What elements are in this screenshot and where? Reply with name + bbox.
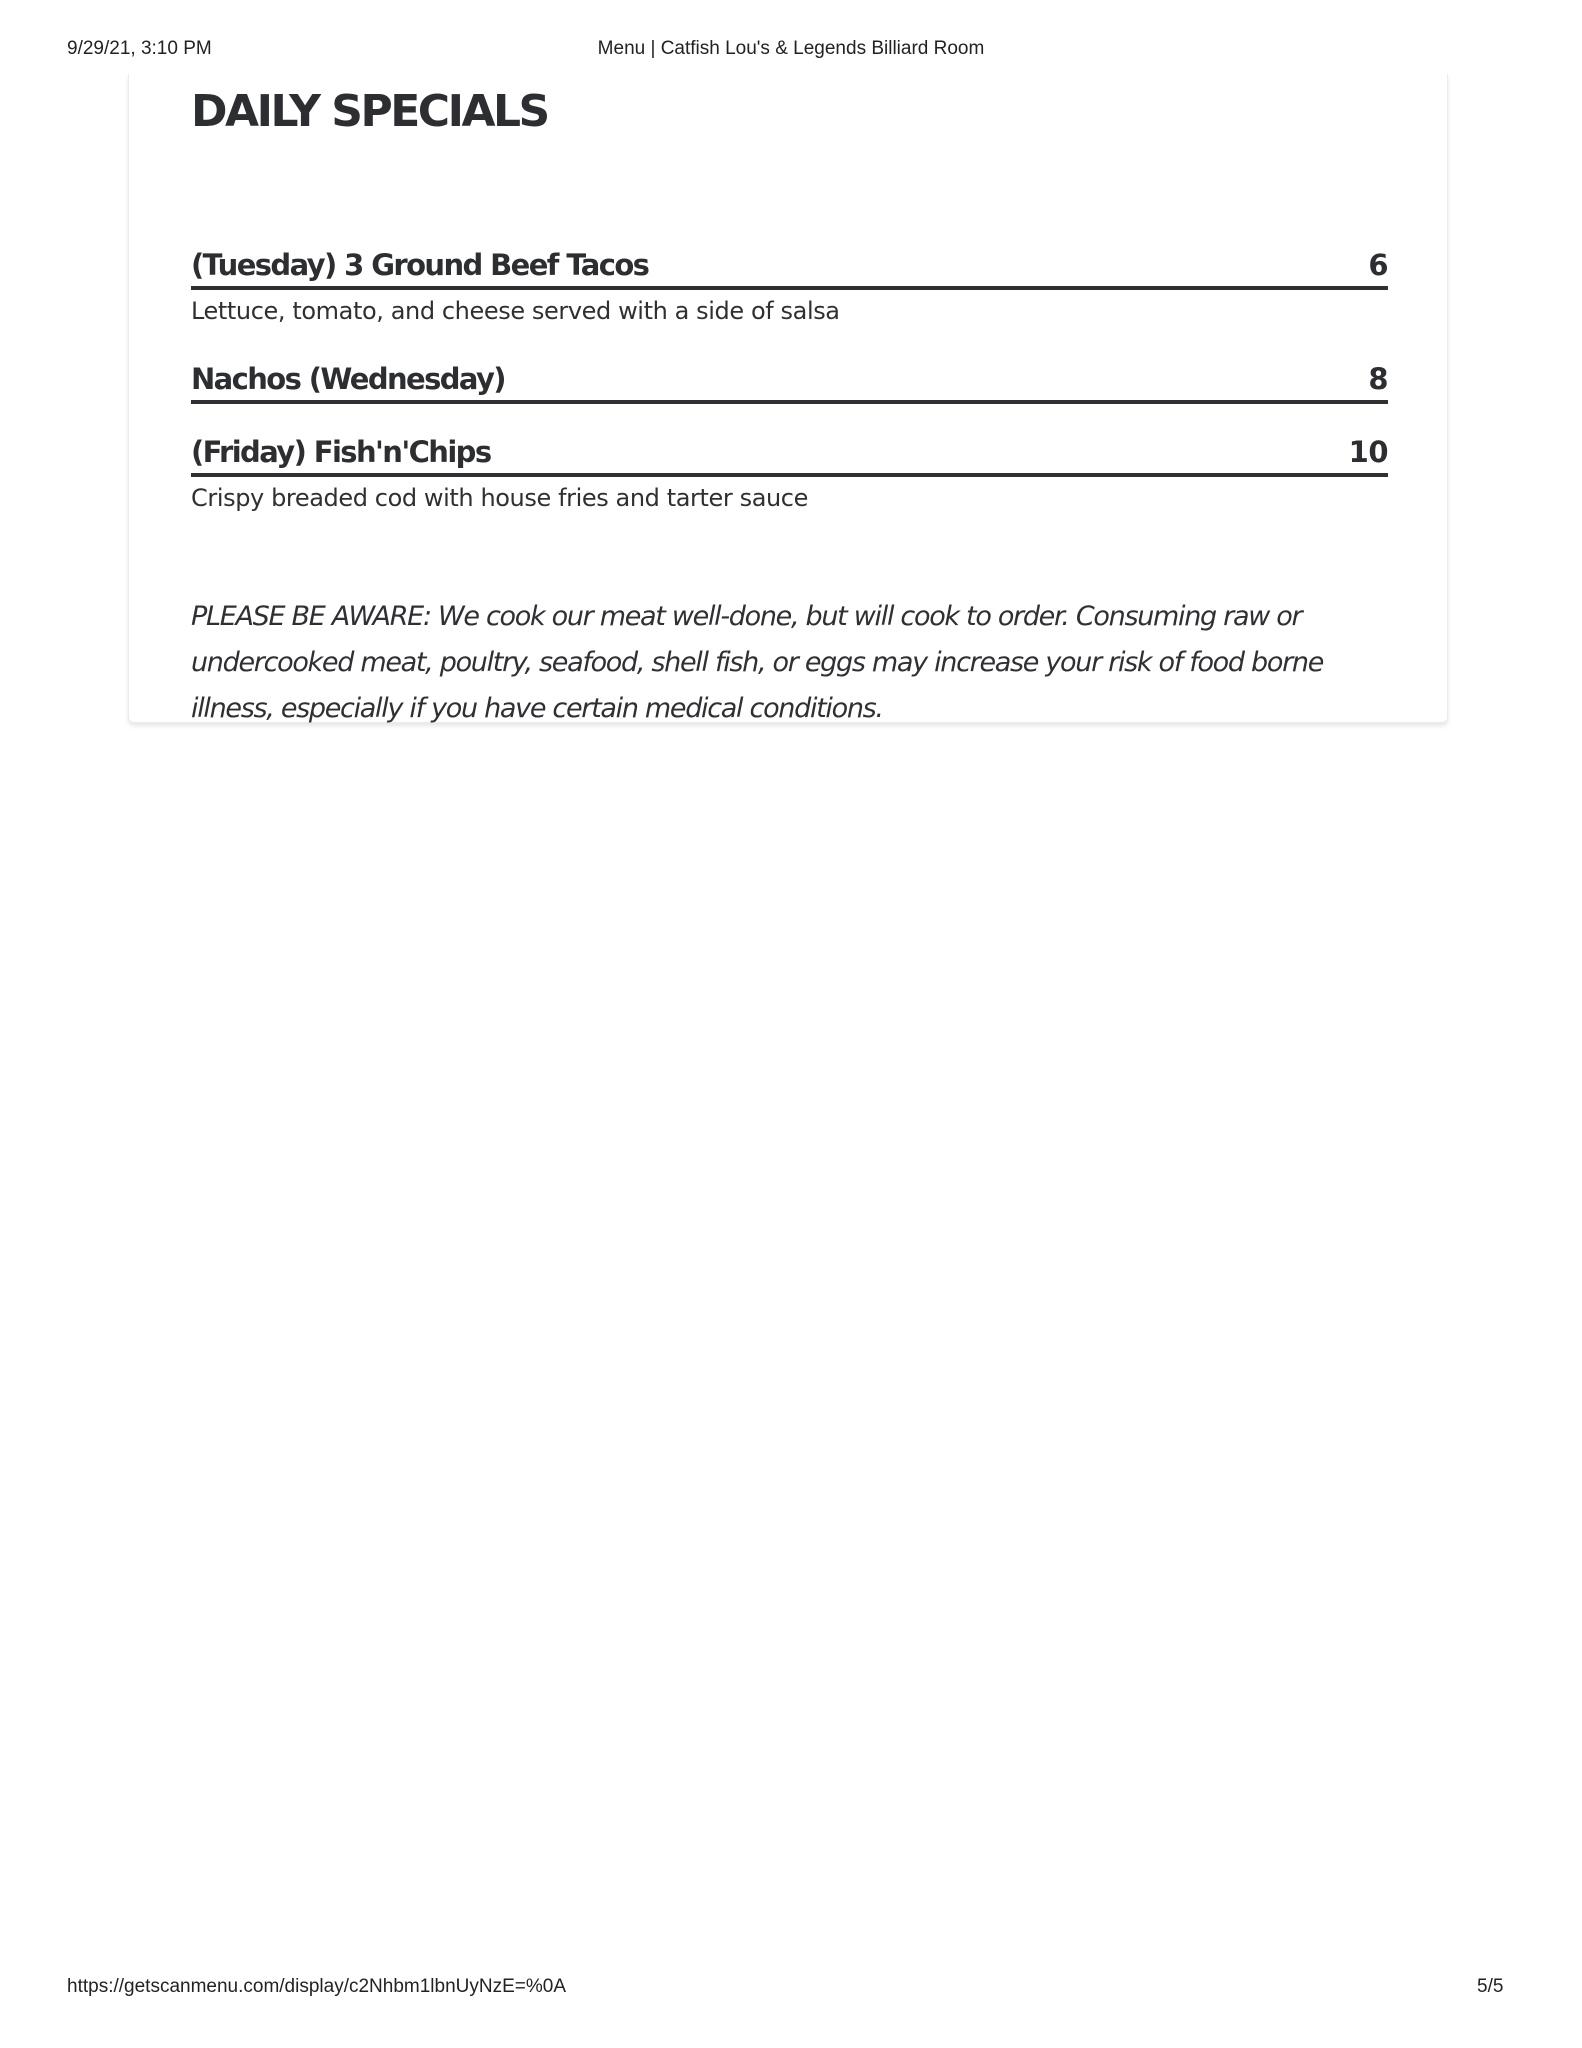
menu-item-description: Lettuce, tomato, and cheese served with … [191,294,1388,328]
print-footer: https://getscanmenu.com/display/c2Nhbm1l… [0,1976,1582,2002]
menu-item: (Tuesday) 3 Ground Beef Tacos 6 Lettuce,… [191,244,1388,328]
print-url: https://getscanmenu.com/display/c2Nhbm1l… [67,1976,566,1998]
menu-item-header: (Friday) Fish'n'Chips 10 [191,431,1388,477]
menu-item: (Friday) Fish'n'Chips 10 Crispy breaded … [191,431,1388,515]
menu-item: Nachos (Wednesday) 8 [191,358,1388,404]
menu-item-header: (Tuesday) 3 Ground Beef Tacos 6 [191,244,1388,290]
menu-item-price: 6 [1368,246,1388,286]
section-title: DAILY SPECIALS [191,82,548,142]
menu-item-price: 8 [1368,360,1388,400]
print-page-title: Menu | Catfish Lou's & Legends Billiard … [0,38,1582,60]
menu-item-description: Crispy breaded cod with house fries and … [191,481,1388,515]
menu-item-name: (Tuesday) 3 Ground Beef Tacos [191,246,648,286]
print-page-number: 5/5 [1477,1976,1503,1998]
food-safety-disclaimer: PLEASE BE AWARE: We cook our meat well-d… [191,594,1388,732]
menu-item-name: Nachos (Wednesday) [191,360,505,400]
menu-item-header: Nachos (Wednesday) 8 [191,358,1388,404]
menu-section-card: DAILY SPECIALS (Tuesday) 3 Ground Beef T… [128,74,1448,723]
menu-item-name: (Friday) Fish'n'Chips [191,433,491,473]
menu-item-price: 10 [1349,433,1388,473]
print-header: 9/29/21, 3:10 PM Menu | Catfish Lou's & … [0,38,1582,64]
